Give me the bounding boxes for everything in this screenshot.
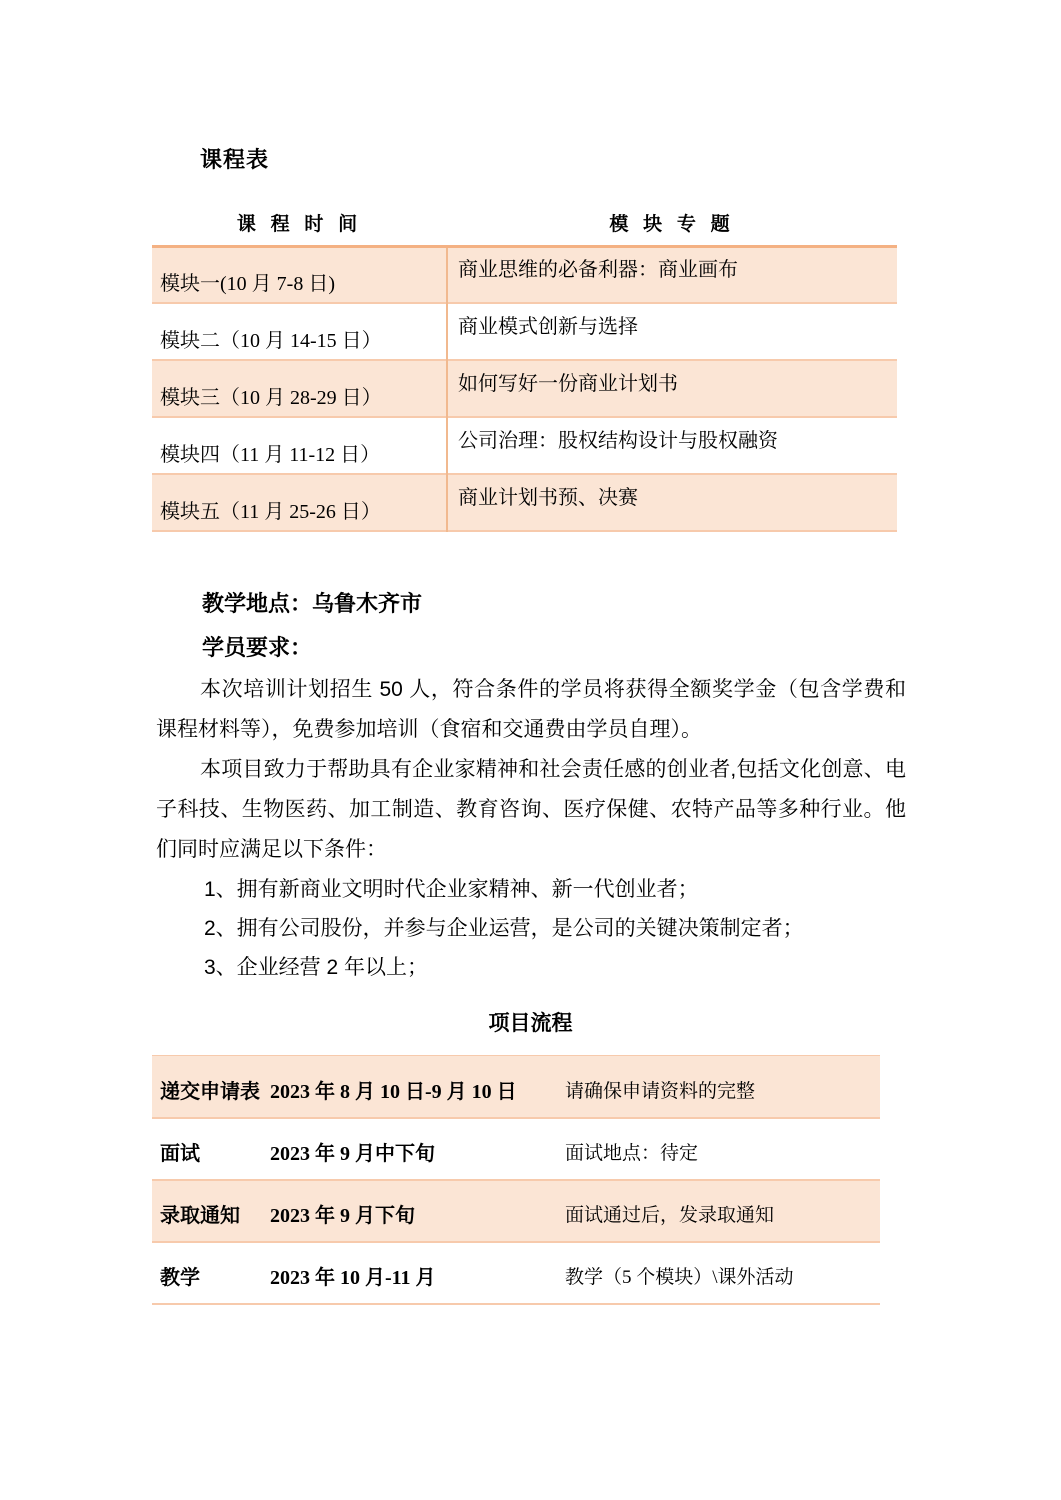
process-note: 请确保申请资料的完整 xyxy=(565,1056,880,1118)
course-schedule-table: 课 程 时 间 模 块 专 题 模块一(10 月 7-8 日) 商业思维的必备利… xyxy=(152,206,897,532)
table-row: 模块一(10 月 7-8 日) 商业思维的必备利器：商业画布 xyxy=(152,246,897,303)
process-stage: 面试 xyxy=(152,1118,270,1180)
process-stage: 教学 xyxy=(152,1242,270,1304)
process-note: 教学（5 个模块）\课外活动 xyxy=(565,1242,880,1304)
process-stage: 录取通知 xyxy=(152,1180,270,1242)
module-topic: 商业计划书预、决赛 xyxy=(447,474,897,531)
enrollment-paragraph: 本次培训计划招生 50 人，符合条件的学员将获得全额奖学金（包含学费和课程材料等… xyxy=(156,670,906,750)
module-time: 模块二（10 月 14-15 日） xyxy=(152,303,447,360)
condition-item: 3、企业经营 2 年以上； xyxy=(204,948,906,987)
table-row: 模块二（10 月 14-15 日） 商业模式创新与选择 xyxy=(152,303,897,360)
condition-item: 2、拥有公司股份，并参与企业运营，是公司的关键决策制定者； xyxy=(204,909,906,948)
table-row: 模块三（10 月 28-29 日） 如何写好一份商业计划书 xyxy=(152,360,897,417)
schedule-title: 课程表 xyxy=(200,143,1061,174)
schedule-header-topic: 模 块 专 题 xyxy=(447,206,897,246)
module-time: 模块四（11 月 11-12 日） xyxy=(152,417,447,474)
document-page: 课程表 课 程 时 间 模 块 专 题 模块一(10 月 7-8 日) 商业思维… xyxy=(0,0,1061,1500)
table-row: 录取通知 2023 年 9 月下旬 面试通过后，发录取通知 xyxy=(152,1180,880,1242)
project-process-table: 递交申请表 2023 年 8 月 10 日-9 月 10 日 请确保申请资料的完… xyxy=(152,1055,880,1305)
schedule-header-row: 课 程 时 间 模 块 专 题 xyxy=(152,206,897,246)
module-topic: 商业思维的必备利器：商业画布 xyxy=(447,246,897,303)
process-note: 面试通过后，发录取通知 xyxy=(565,1180,880,1242)
table-row: 递交申请表 2023 年 8 月 10 日-9 月 10 日 请确保申请资料的完… xyxy=(152,1056,880,1118)
process-stage: 递交申请表 xyxy=(152,1056,270,1118)
process-title: 项目流程 xyxy=(0,1009,1061,1039)
mission-paragraph: 本项目致力于帮助具有企业家精神和社会责任感的创业者,包括文化创意、电子科技、生物… xyxy=(156,750,906,870)
table-row: 模块四（11 月 11-12 日） 公司治理：股权结构设计与股权融资 xyxy=(152,417,897,474)
module-topic: 公司治理：股权结构设计与股权融资 xyxy=(447,417,897,474)
table-row: 教学 2023 年 10 月-11 月 教学（5 个模块）\课外活动 xyxy=(152,1242,880,1304)
module-time: 模块一(10 月 7-8 日) xyxy=(152,246,447,303)
location-heading: 教学地点：乌鲁木齐市 xyxy=(202,582,906,626)
table-row: 面试 2023 年 9 月中下旬 面试地点：待定 xyxy=(152,1118,880,1180)
process-note: 面试地点：待定 xyxy=(565,1118,880,1180)
module-topic: 如何写好一份商业计划书 xyxy=(447,360,897,417)
process-date: 2023 年 9 月中下旬 xyxy=(270,1118,565,1180)
table-row: 模块五（11 月 25-26 日） 商业计划书预、决赛 xyxy=(152,474,897,531)
module-time: 模块五（11 月 25-26 日） xyxy=(152,474,447,531)
process-date: 2023 年 9 月下旬 xyxy=(270,1180,565,1242)
module-time: 模块三（10 月 28-29 日） xyxy=(152,360,447,417)
process-date: 2023 年 8 月 10 日-9 月 10 日 xyxy=(270,1056,565,1118)
schedule-header-time: 课 程 时 间 xyxy=(152,206,447,246)
module-topic: 商业模式创新与选择 xyxy=(447,303,897,360)
process-date: 2023 年 10 月-11 月 xyxy=(270,1242,565,1304)
requirements-heading: 学员要求： xyxy=(202,626,906,670)
condition-item: 1、拥有新商业文明时代企业家精神、新一代创业者； xyxy=(204,870,906,909)
info-section: 教学地点：乌鲁木齐市 学员要求： 本次培训计划招生 50 人，符合条件的学员将获… xyxy=(156,582,906,987)
